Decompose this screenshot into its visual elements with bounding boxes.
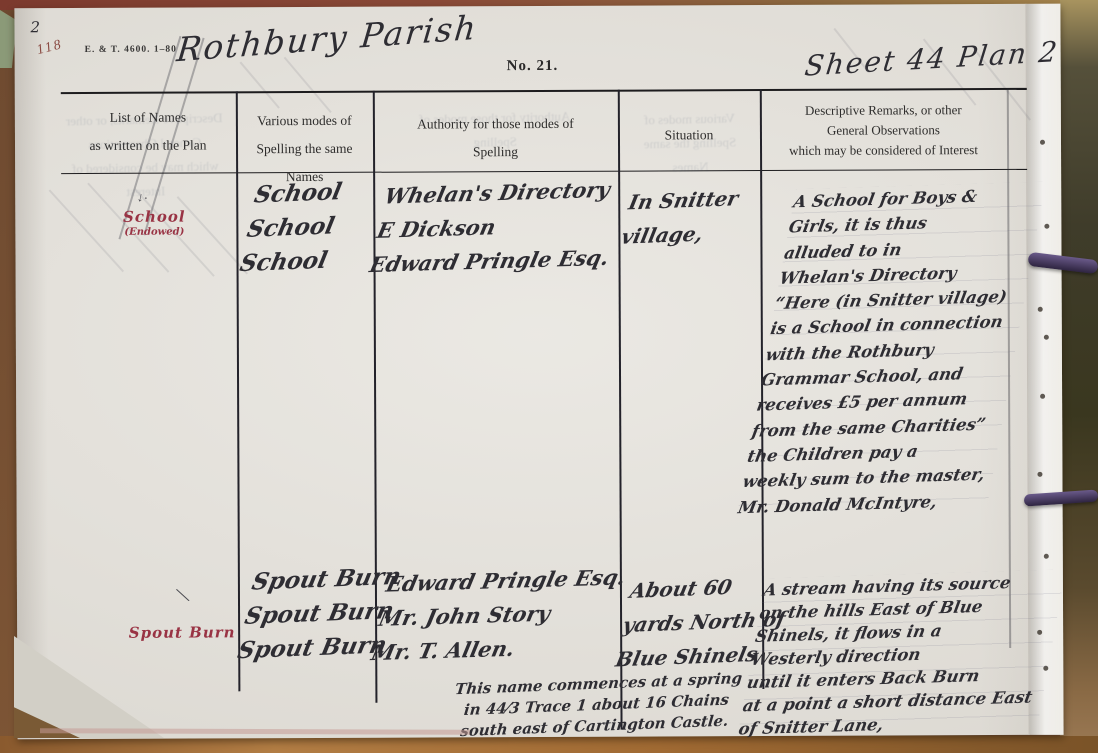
pencil-hatch — [240, 62, 280, 109]
corner-number: 2 — [30, 18, 40, 36]
plan-name-school: School (Endowed) — [93, 207, 215, 238]
situation-spout-burn: About 60yards North ofBlue Shinels — [612, 568, 773, 676]
scanned-name-book-page: 2 118 E. & T. 4600. 1–80 Rothbury Parish… — [0, 0, 1098, 753]
sheet-reference: Sheet 44 Plan 2 — [803, 35, 1061, 83]
pencil-hatch — [284, 57, 332, 113]
punch-hole — [1040, 140, 1045, 145]
table-top-rule — [61, 88, 1027, 94]
authority-list-school: Whelan's DirectoryE DicksonEdward Pringl… — [366, 172, 626, 282]
pencil-tick: ╲ — [176, 587, 189, 605]
punch-hole — [1044, 224, 1049, 229]
show-through-text: Various modes ofSpelling the same Names — [624, 106, 756, 181]
plan-name-note: (Endowed) — [93, 226, 215, 238]
punch-hole — [1038, 307, 1043, 312]
folio-number: 118 — [36, 37, 63, 60]
punch-hole — [1044, 335, 1049, 340]
punch-hole — [1037, 472, 1042, 477]
register-page: 2 118 E. & T. 4600. 1–80 Rothbury Parish… — [14, 4, 1063, 740]
remarks-school: A School for Boys &Girls, it is thusallu… — [736, 182, 1046, 520]
book-binding-background — [1060, 0, 1098, 753]
situation-school: In Snittervillage, — [618, 181, 741, 254]
page-number: No. 21. — [507, 58, 559, 75]
printed-stamp: E. & T. 4600. 1–80 — [85, 45, 177, 55]
parish-title: Rothbury Parish — [175, 8, 480, 70]
footnote: This name commences at a springin 44⁄3 T… — [428, 667, 764, 743]
punch-hole — [1040, 394, 1045, 399]
show-through-text: Authority for those modes ofSpelling — [374, 104, 615, 157]
column-header-remarks: Descriptive Remarks, or otherGeneral Obs… — [762, 100, 1005, 161]
remarks-spout-burn: A stream having its sourceon the hills E… — [737, 569, 1066, 740]
plan-name-label: School — [93, 207, 215, 226]
authority-list-spout-burn: Edward Pringle Esq.Mr. John StoryMr. T. … — [368, 560, 628, 670]
punch-hole — [1044, 554, 1049, 559]
